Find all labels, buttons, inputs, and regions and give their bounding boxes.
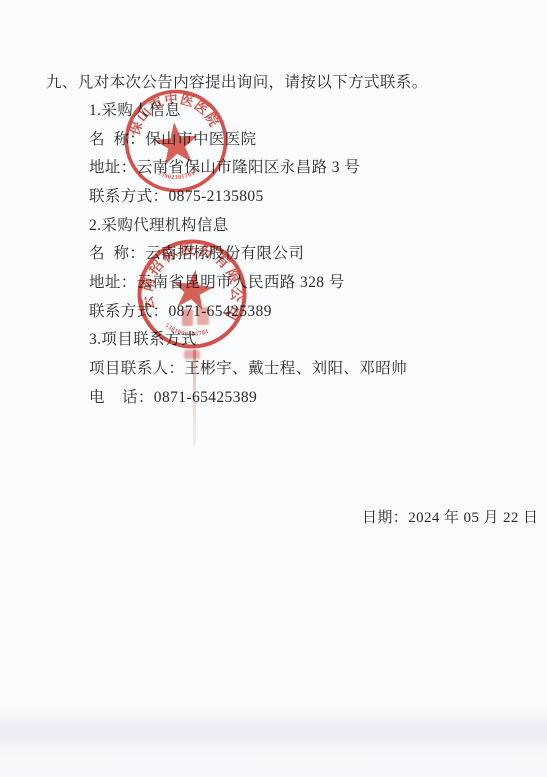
notice-heading: 九、凡对本次公告内容提出询问，请按以下方式联系。 (46, 74, 428, 92)
star-icon (152, 120, 200, 166)
section-2-title: 2.采购代理机构信息 (89, 217, 229, 235)
project-phone-line: 电 话：0871-65425389 (89, 389, 257, 407)
scan-shadow-band (0, 708, 547, 756)
document-page: 九、凡对本次公告内容提出询问，请按以下方式联系。 1.采购人信息 名 称：保山市… (0, 0, 547, 777)
star-icon (170, 267, 216, 311)
date-line: 日期：2024 年 05 月 22 日 (362, 506, 538, 527)
svg-text:5301000405781: 5301000405781 (163, 322, 212, 341)
svg-text:5390230170171: 5390230170171 (156, 165, 203, 183)
buyer-official-seal: 保山市中医医院 5390230170171 (116, 81, 236, 201)
agency-official-seal: 云南招标股份有限公司 5301000405781 (132, 234, 252, 354)
project-contacts-line: 项目联系人：王彬宇、戴士程、刘阳、邓昭帅 (89, 360, 407, 378)
seal-serial-number: 5301000405781 (163, 322, 212, 341)
seal-serial-number: 5390230170171 (156, 165, 203, 183)
